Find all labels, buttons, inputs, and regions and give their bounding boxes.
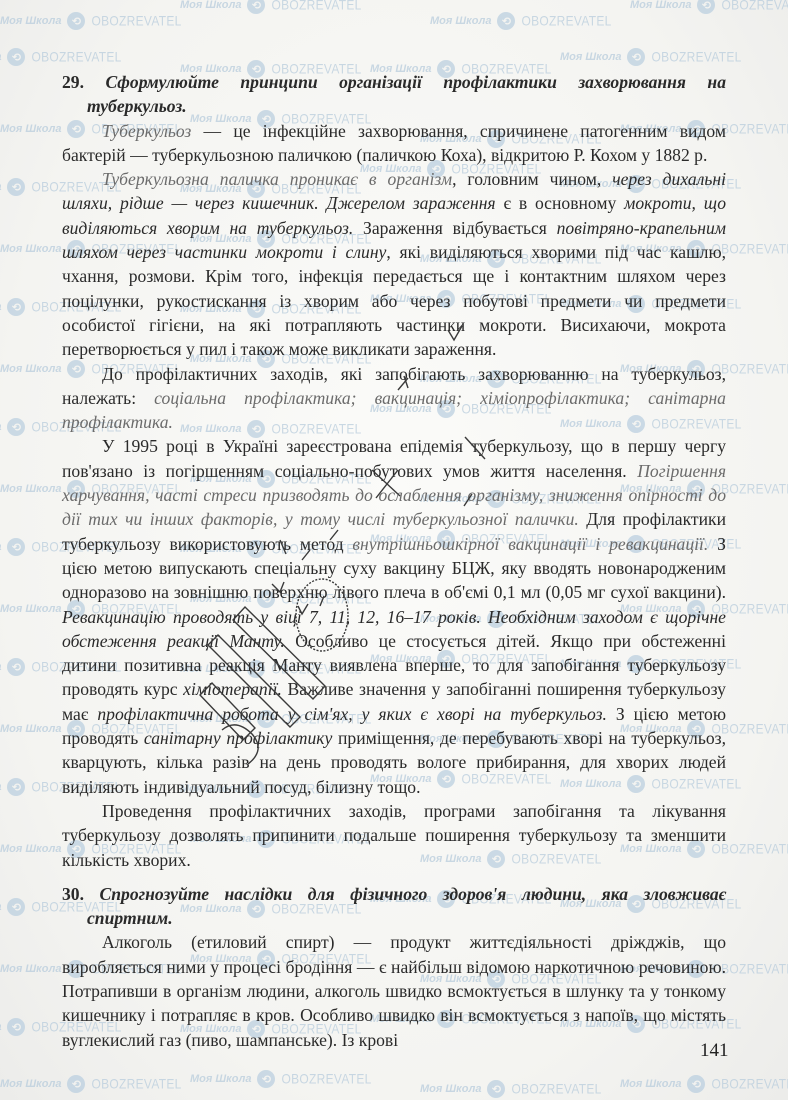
emphasized-text: санітарну профілактику (144, 728, 332, 748)
watermark-brand-label: OBOZREVATEL (511, 1081, 601, 1097)
obozrevatel-logo-icon: ⟲ (7, 538, 25, 556)
watermark-school-label: Моя Школа (0, 1078, 61, 1090)
watermark-school-label: Моя Школа (0, 421, 1, 433)
watermark-brand-label: OBOZREVATEL (31, 49, 121, 65)
emphasized-text: хіміотерапії. (183, 679, 282, 699)
watermark-school-label: Моя Школа (560, 51, 621, 63)
emphasized-text: внутрішньошкірної вакцинації і ревакцина… (352, 534, 708, 554)
watermark-school-label: Моя Школа (430, 15, 491, 27)
obozrevatel-logo-icon: ⟲ (67, 1075, 85, 1093)
watermark-brand-label: OBOZREVATEL (651, 49, 741, 65)
watermark-school-label: Моя Школа (420, 1083, 481, 1095)
watermark-school-label: Моя Школа (0, 243, 61, 255)
question-heading: 30. Спрогнозуйте наслідки для фізичного … (62, 882, 726, 931)
question-number: 30. (62, 884, 100, 904)
question-heading: 29. Сформулюйте принципи організації про… (62, 70, 726, 119)
answer-paragraph: Туберкульоз — це інфекційне захворювання… (62, 119, 726, 168)
watermark-brand-label: OBOZREVATEL (721, 0, 788, 13)
obozrevatel-logo-icon: ⟲ (7, 178, 25, 196)
body-text: Зараження відбувається (353, 218, 556, 238)
obozrevatel-logo-icon: ⟲ (7, 418, 25, 436)
obozrevatel-logo-icon: ⟲ (687, 1075, 705, 1093)
section-gap (62, 872, 726, 882)
body-text: Алкоголь (етиловий спирт) — продукт житт… (62, 932, 726, 1049)
watermark-school-label: Моя Школа (620, 1078, 681, 1090)
watermark-school-label: Моя Школа (0, 363, 61, 375)
obozrevatel-logo-icon: ⟲ (7, 298, 25, 316)
obozrevatel-logo-icon: ⟲ (67, 12, 85, 30)
emphasized-text: соціальна профілактика; вакцинація; хімі… (62, 388, 726, 432)
watermark-school-label: Моя Школа (0, 603, 61, 615)
watermark: Моя Школа⟲OBOZREVATEL (190, 1070, 372, 1088)
watermark-brand-label: OBOZREVATEL (91, 13, 181, 29)
obozrevatel-logo-icon: ⟲ (7, 658, 25, 676)
watermark-school-label: Моя Школа (0, 1021, 1, 1033)
watermark: Моя Школа⟲OBOZREVATEL (560, 48, 742, 66)
watermark: Моя Школа⟲OBOZREVATEL (0, 1075, 182, 1093)
watermark-school-label: Моя Школа (0, 723, 61, 735)
obozrevatel-logo-icon: ⟲ (7, 1018, 25, 1036)
watermark: Моя Школа⟲OBOZREVATEL (430, 12, 612, 30)
answer-paragraph: Алкоголь (етиловий спирт) — продукт житт… (62, 930, 726, 1051)
emphasized-text: Туберкульоз (102, 121, 191, 141)
watermark-brand-label: OBOZREVATEL (521, 13, 611, 29)
obozrevatel-logo-icon: ⟲ (7, 48, 25, 66)
obozrevatel-logo-icon: ⟲ (247, 0, 265, 14)
obozrevatel-logo-icon: ⟲ (7, 898, 25, 916)
scanned-page: Моя Школа⟲OBOZREVATELМоя Школа⟲OBOZREVAT… (0, 0, 788, 1100)
obozrevatel-logo-icon: ⟲ (697, 0, 715, 14)
watermark: Моя Школа⟲OBOZREVATEL (0, 12, 182, 30)
obozrevatel-logo-icon: ⟲ (7, 778, 25, 796)
question-title: Сформулюйте принципи організації профіла… (87, 72, 726, 116)
watermark-school-label: Моя Школа (0, 123, 61, 135)
answer-paragraph: Туберкульозна паличка проникає в організ… (62, 167, 726, 361)
watermark-school-label: Моя Школа (180, 0, 241, 11)
body-text: , головним чином, (452, 169, 612, 189)
watermark-brand-label: OBOZREVATEL (711, 1076, 788, 1092)
answer-paragraph: До профілактичних заходів, які запобігаю… (62, 362, 726, 435)
watermark-school-label: Моя Школа (0, 661, 1, 673)
watermark-school-label: Моя Школа (0, 541, 1, 553)
obozrevatel-logo-icon: ⟲ (257, 1070, 275, 1088)
obozrevatel-logo-icon: ⟲ (497, 12, 515, 30)
answer-paragraph: Проведення профілактичних заходів, прогр… (62, 799, 726, 872)
watermark: Моя Школа⟲OBOZREVATEL (420, 1080, 602, 1098)
watermark-school-label: Моя Школа (0, 15, 61, 27)
body-text: У 1995 році в Україні зареєстрована епід… (62, 436, 726, 480)
emphasized-text: профілактична робота у сім'ях, у яких є … (97, 704, 606, 724)
obozrevatel-logo-icon: ⟲ (627, 48, 645, 66)
body-text: Проведення профілактичних заходів, прогр… (62, 801, 726, 870)
watermark-school-label: Моя Школа (0, 181, 1, 193)
watermark-school-label: Моя Школа (0, 843, 61, 855)
watermark-brand-label: OBOZREVATEL (281, 1071, 371, 1087)
answer-paragraph: У 1995 році в Україні зареєстрована епід… (62, 434, 726, 798)
page-content: 29. Сформулюйте принципи організації про… (62, 70, 726, 1052)
watermark-school-label: Моя Школа (0, 963, 61, 975)
watermark: Моя Школа⟲OBOZREVATEL (620, 1075, 788, 1093)
question-number: 29. (62, 72, 105, 92)
watermark: Моя Школа⟲OBOZREVATEL (0, 48, 122, 66)
watermark-school-label: Моя Школа (0, 51, 1, 63)
watermark-school-label: Моя Школа (190, 1073, 251, 1085)
watermark-brand-label: OBOZREVATEL (271, 0, 361, 13)
watermark-school-label: Моя Школа (0, 483, 61, 495)
question-title: Спрогнозуйте наслідки для фізичного здор… (87, 884, 726, 928)
body-text: є в основному (496, 193, 625, 213)
watermark-school-label: Моя Школа (0, 301, 1, 313)
page-number: 141 (700, 1040, 729, 1062)
emphasized-text: Туберкульозна паличка проникає в організ… (102, 169, 452, 189)
watermark: Моя Школа⟲OBOZREVATEL (630, 0, 788, 14)
watermark-school-label: Моя Школа (0, 781, 1, 793)
watermark: Моя Школа⟲OBOZREVATEL (180, 0, 362, 14)
obozrevatel-logo-icon: ⟲ (487, 1080, 505, 1098)
watermark-brand-label: OBOZREVATEL (91, 1076, 181, 1092)
watermark-school-label: Моя Школа (630, 0, 691, 11)
watermark-school-label: Моя Школа (0, 901, 1, 913)
